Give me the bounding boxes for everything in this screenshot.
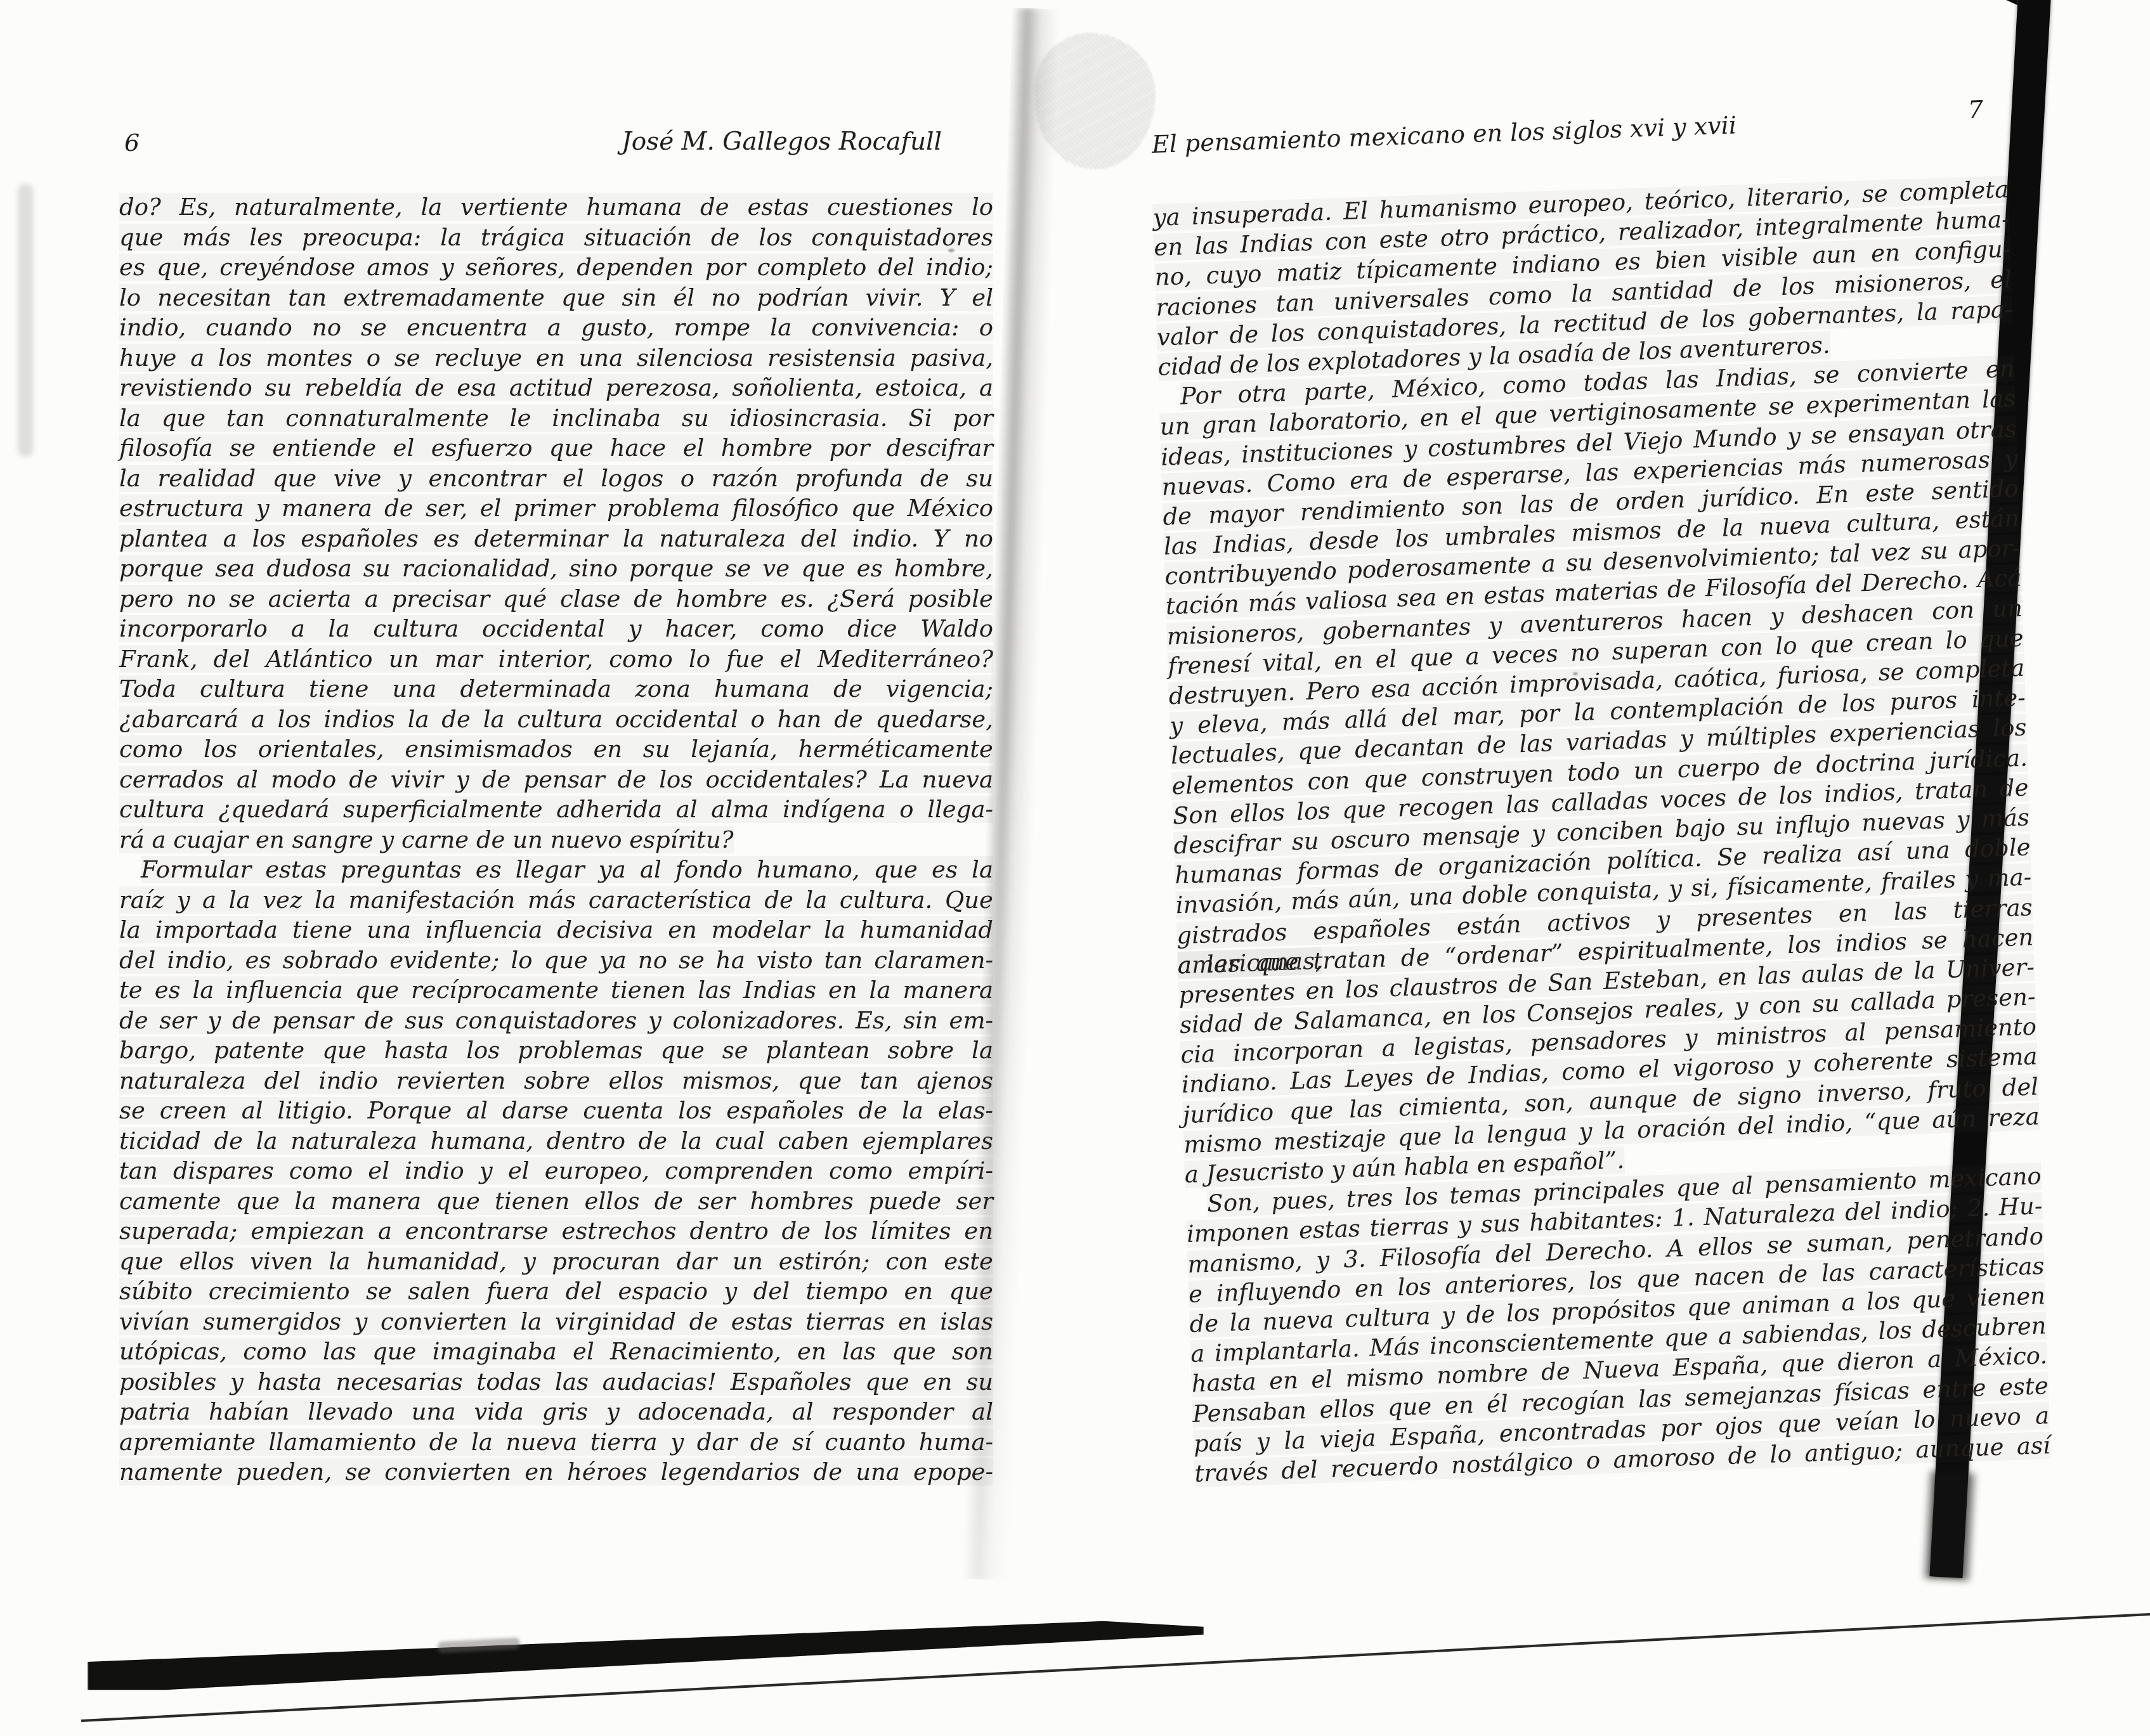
running-header-right: El pensamiento mexicano en los siglos xv… xyxy=(1151,111,1736,159)
text-line: filosofía se entiende el esfuerzo que ha… xyxy=(119,433,993,463)
text-line: estructura y manera de ser, el primer pr… xyxy=(119,493,993,524)
text-line: posibles y hasta necesarias todas las au… xyxy=(119,1367,993,1397)
text-line: es que, creyéndose amos y señores, depen… xyxy=(119,252,993,283)
running-header-left: José M. Gallegos Rocafull xyxy=(622,127,942,156)
page-number-right: 7 xyxy=(1967,95,1984,124)
text-line: huye a los montes o se recluye en una si… xyxy=(119,343,993,373)
left-page-body: do? Es, naturalmente, la vertiente human… xyxy=(119,192,993,1487)
text-line: porque sea dudosa su racionalidad, sino … xyxy=(119,554,993,584)
text-line: tan dispares como el indio y el europeo,… xyxy=(119,1156,993,1186)
text-line: la que tan connaturalmente le inclinaba … xyxy=(119,403,993,434)
text-line: lo necesitan tan extremadamente que sin … xyxy=(119,283,993,313)
text-line: se creen al litigio. Porque al darse cue… xyxy=(119,1096,993,1126)
text-line: rá a cuajar en sangre y carne de un nuev… xyxy=(119,825,993,855)
scan-left-edge-smudge xyxy=(18,184,33,457)
text-line: do? Es, naturalmente, la vertiente human… xyxy=(119,192,993,223)
text-line: bargo, patente que hasta los problemas q… xyxy=(119,1035,993,1066)
text-line: la realidad que vive y encontrar el logo… xyxy=(119,463,993,494)
text-line: súbito crecimiento se salen fuera del es… xyxy=(119,1276,993,1307)
text-line: Toda cultura tiene una determinada zona … xyxy=(119,674,993,704)
text-line: incorporarlo a la cultura occidental y h… xyxy=(119,614,993,644)
page-number-left: 6 xyxy=(124,129,140,157)
text-line: camente que la manera que tienen ellos d… xyxy=(119,1186,993,1217)
scan-bottom-wedge xyxy=(88,1616,1204,1695)
text-line: superada; empiezan a encontrarse estrech… xyxy=(119,1216,993,1247)
text-line: apremiante llamamiento de la nueva tierr… xyxy=(119,1427,993,1458)
text-line: que más les preocupa: la trágica situaci… xyxy=(119,223,993,253)
text-line: ticidad de la naturaleza humana, dentro … xyxy=(119,1126,993,1156)
text-line: revistiendo su rebeldía de esa actitud p… xyxy=(119,373,993,403)
text-line: de ser y de pensar de sus conquistadores… xyxy=(119,1006,993,1036)
text-line: raíz y a la vez la manifestación más car… xyxy=(119,885,993,916)
right-page: El pensamiento mexicano en los siglos xv… xyxy=(1149,78,2005,107)
text-line: Formular estas preguntas es llegar ya al… xyxy=(119,855,993,885)
book-scan: 6 José M. Gallegos Rocafull do? Es, natu… xyxy=(0,0,2150,1736)
book-spine-smudge xyxy=(1035,33,1156,169)
text-line: ¿abarcará a los indios la de la cultura … xyxy=(119,704,993,735)
text-line: pero no se acierta a precisar qué clase … xyxy=(119,584,993,614)
text-line: namente pueden, se convierten en héroes … xyxy=(119,1457,993,1487)
text-line: la importada tiene una influencia decisi… xyxy=(119,915,993,945)
text-line: naturaleza del indio revierten sobre ell… xyxy=(119,1066,993,1096)
text-line: del indio, es sobrado evidente; lo que y… xyxy=(119,945,993,976)
text-line: como los orientales, ensimismados en su … xyxy=(119,734,993,765)
text-line: patria habían llevado una vida gris y ad… xyxy=(119,1397,993,1427)
text-line: Frank, del Atlántico un mar interior, co… xyxy=(119,644,993,675)
text-line: que ellos viven la humanidad, y procuran… xyxy=(119,1247,993,1277)
right-page-body: ya insuperada. El humanismo europeo, teó… xyxy=(1152,174,2051,1489)
text-line: te es la influencia que recíprocamente t… xyxy=(119,975,993,1006)
text-line: cultura ¿quedará superficialmente adheri… xyxy=(119,794,993,825)
text-line: vivían sumergidos y convierten la virgin… xyxy=(119,1307,993,1337)
text-line: utópicas, como las que imaginaba el Rena… xyxy=(119,1337,993,1367)
text-line: plantea a los españoles es determinar la… xyxy=(119,524,993,554)
text-line: indio, cuando no se encuentra a gusto, r… xyxy=(119,313,993,343)
text-line: cerrados al modo de vivir y de pensar de… xyxy=(119,765,993,795)
